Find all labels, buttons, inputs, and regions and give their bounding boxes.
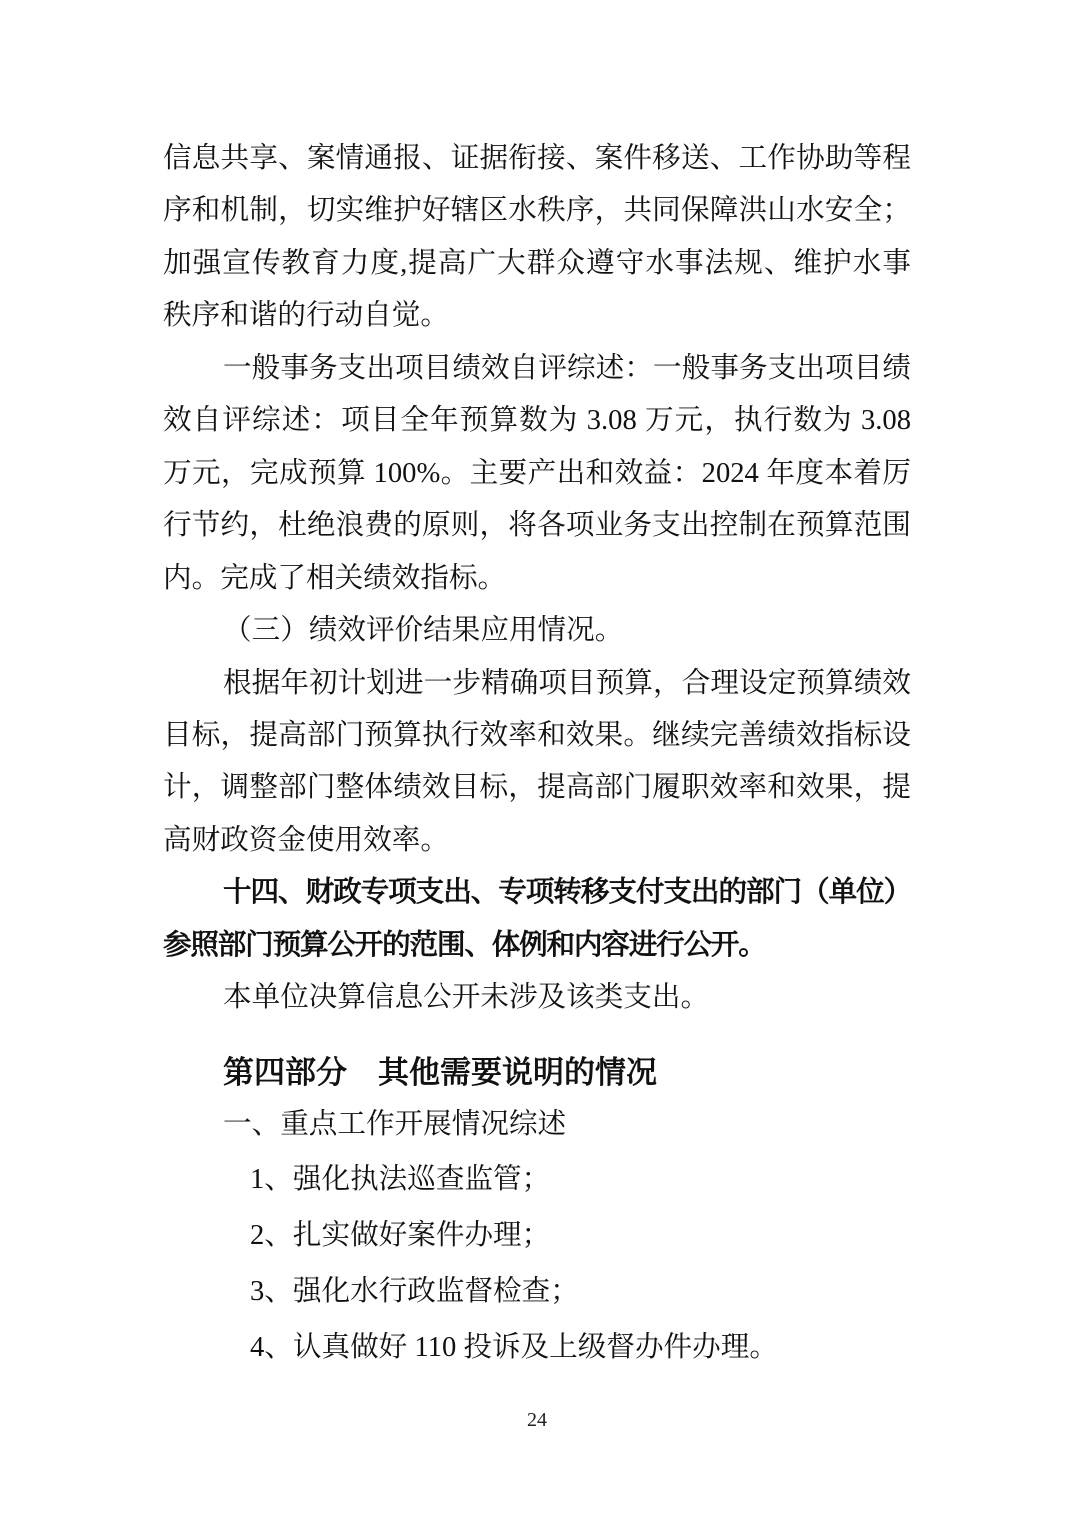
paragraph-carryover: 信息共享、案情通报、证据衔接、案件移送、工作协助等程序和机制，切实维护好辖区水秩…	[163, 133, 911, 343]
list-item-2: 2、扎实做好案件办理；	[163, 1208, 911, 1264]
list-item-4: 4、认真做好 110 投诉及上级督办件办理。	[163, 1320, 911, 1376]
part-four-title: 第四部分 其他需要说明的情况	[163, 1047, 911, 1099]
list-item-3: 3、强化水行政监督检查；	[163, 1264, 911, 1320]
document-page: 信息共享、案情通报、证据衔接、案件移送、工作协助等程序和机制，切实维护好辖区水秩…	[0, 0, 1074, 1520]
heading-item-fourteen: 十四、财政专项支出、专项转移支付支出的部门（单位）参照部门预算公开的范围、体例和…	[163, 867, 911, 972]
page-content: 信息共享、案情通报、证据衔接、案件移送、工作协助等程序和机制，切实维护好辖区水秩…	[163, 133, 911, 1376]
paragraph-not-involved: 本单位决算信息公开未涉及该类支出。	[163, 972, 911, 1024]
heading-section-three: （三）绩效评价结果应用情况。	[163, 605, 911, 657]
page-number: 24	[0, 1410, 1074, 1430]
paragraph-result-application: 根据年初计划进一步精确项目预算，合理设定预算绩效目标，提高部门预算执行效率和效果…	[163, 658, 911, 868]
list-item-1: 1、强化执法巡查监管；	[163, 1152, 911, 1208]
paragraph-self-evaluation-summary: 一般事务支出项目绩效自评综述：一般事务支出项目绩效自评综述：项目全年预算数为 3…	[163, 343, 911, 605]
section-one-title: 一、重点工作开展情况综述	[163, 1099, 911, 1151]
